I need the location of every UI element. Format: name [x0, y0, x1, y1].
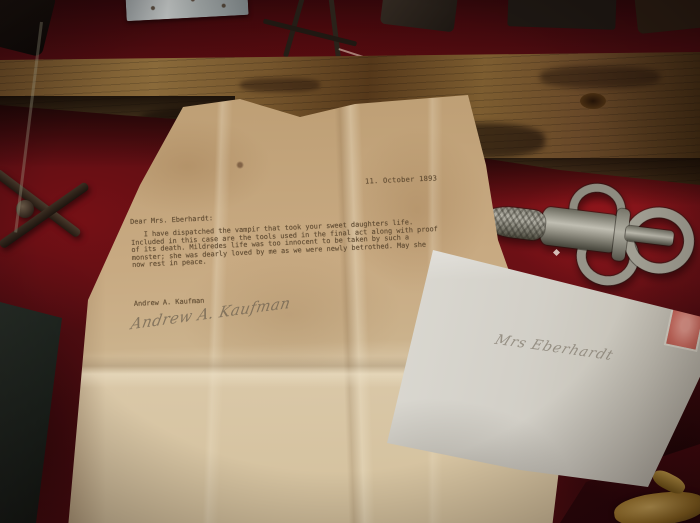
letter-salutation: Dear Mrs. Eberhardt:	[130, 214, 213, 226]
gold-ornament	[612, 488, 700, 523]
photo-canvas: 11. October 1893 Dear Mrs. Eberhardt: I …	[0, 0, 700, 523]
envelope-addressee: Mrs Eberhardt	[492, 332, 615, 364]
wood-knot	[580, 93, 606, 109]
wood-stain	[240, 78, 320, 92]
syringe-barrel	[539, 206, 621, 253]
letter-date: 11. October 1893	[365, 174, 438, 185]
dark-case-object	[507, 0, 616, 30]
wood-stain	[540, 66, 660, 88]
